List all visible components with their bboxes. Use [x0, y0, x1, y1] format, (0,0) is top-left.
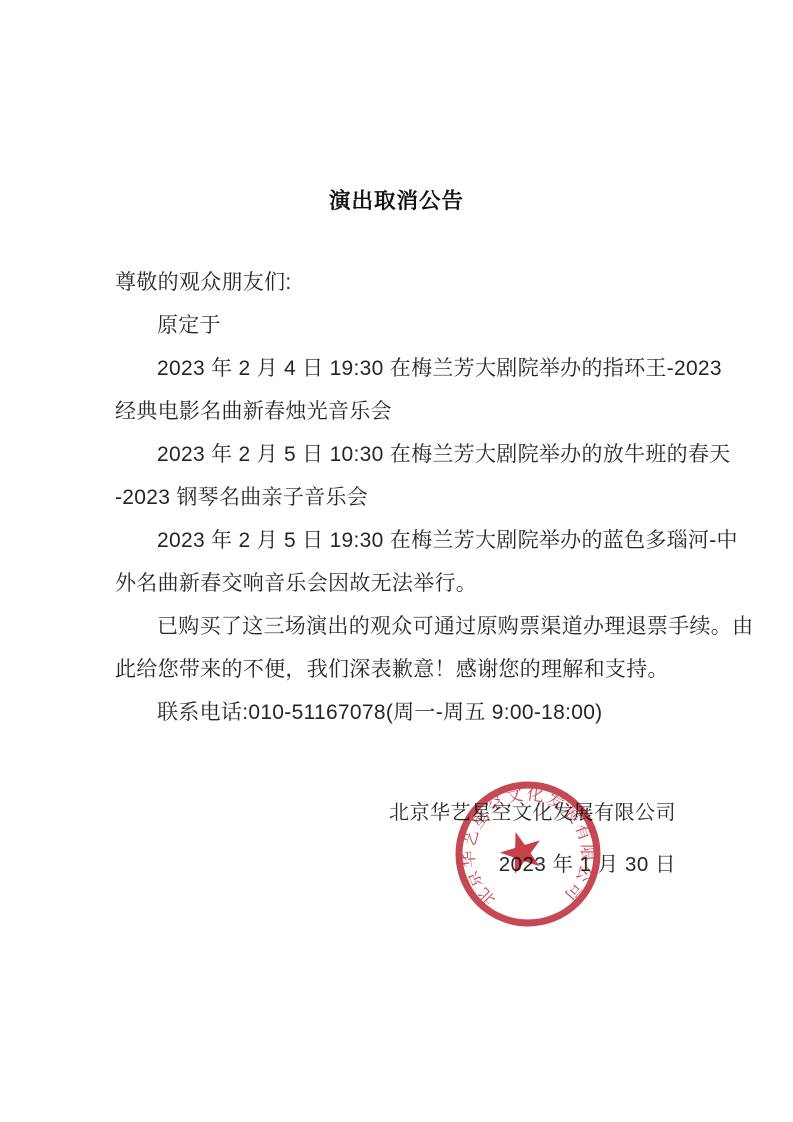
- paragraph-concert-feb5-morning: 2023 年 2 月 5 日 10:30 在梅兰芳大剧院举办的放牛班的春天 -2…: [115, 433, 677, 519]
- paragraph-concert-feb5-evening: 2023 年 2 月 5 日 19:30 在梅兰芳大剧院举办的蓝色多瑙河-中 外…: [115, 519, 677, 605]
- paragraph-concert-feb4: 2023 年 2 月 4 日 19:30 在梅兰芳大剧院举办的指环王-2023 …: [115, 347, 677, 433]
- notice-document-page: 演出取消公告 尊敬的观众朋友们: 原定于 2023 年 2 月 4 日 19:3…: [0, 0, 793, 1122]
- document-title: 演出取消公告: [0, 184, 793, 215]
- document-body: 尊敬的观众朋友们: 原定于 2023 年 2 月 4 日 19:30 在梅兰芳大…: [115, 261, 677, 734]
- salutation-line: 尊敬的观众朋友们:: [115, 261, 677, 304]
- seal-star-icon: [496, 826, 548, 876]
- paragraph-refund-apology: 已购买了这三场演出的观众可通过原购票渠道办理退票手续。由 此给您带来的不便，我们…: [115, 605, 677, 691]
- company-seal-stamp-icon: 北京华艺星空文化发展有限公司: [448, 774, 608, 934]
- paragraph-originally-scheduled: 原定于: [115, 304, 677, 347]
- paragraph-contact-phone: 联系电话:010-51167078(周一-周五 9:00-18:00): [115, 691, 677, 734]
